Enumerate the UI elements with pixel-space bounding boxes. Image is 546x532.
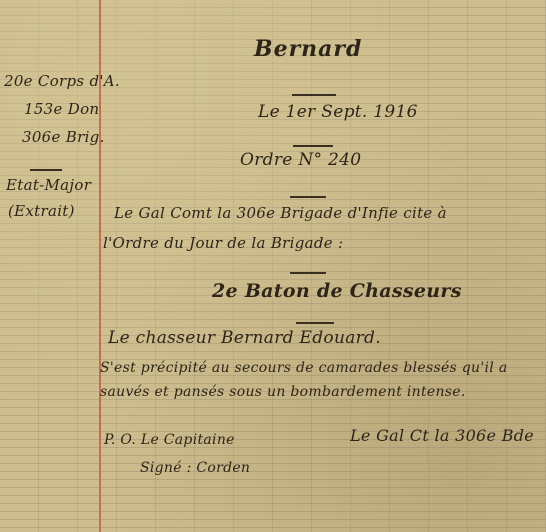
intro-overbar xyxy=(290,196,326,198)
document-title-surname: Bernard xyxy=(254,36,362,62)
margin-brigade: 306e Brig. xyxy=(22,130,105,145)
intro-line-1: Le Gal Comt la 306e Brigade d'Infie cite… xyxy=(114,204,447,222)
citation-line-1: S'est précipité au secours de camarades … xyxy=(100,360,507,376)
document-date: Le 1er Sept. 1916 xyxy=(258,102,418,122)
order-overbar xyxy=(293,145,333,147)
order-number: Ordre N° 240 xyxy=(240,150,361,170)
signature-left-name: Signé : Corden xyxy=(140,460,250,476)
unit-name: 2e Baton de Chasseurs xyxy=(212,280,462,302)
margin-corps: 20e Corps d'A. xyxy=(4,74,120,89)
date-overbar xyxy=(292,94,336,96)
margin-extrait: (Extrait) xyxy=(8,204,75,219)
ruled-paper-page: 20e Corps d'A. 153e Don 306e Brig. Etat-… xyxy=(0,0,546,532)
margin-division: 153e Don xyxy=(24,102,99,117)
unit-overbar xyxy=(290,272,326,274)
signature-right: Le Gal Ct la 306e Bde xyxy=(350,426,534,445)
intro-line-2: l'Ordre du Jour de la Brigade : xyxy=(103,234,343,252)
soldier-overbar xyxy=(296,322,334,324)
soldier-name: Le chasseur Bernard Edouard. xyxy=(108,328,381,348)
margin-etat-major: Etat-Major xyxy=(6,178,91,193)
citation-line-2: sauvés et pansés sous un bombardement in… xyxy=(100,384,466,400)
margin-separator xyxy=(30,169,62,171)
signature-left-title: P. O. Le Capitaine xyxy=(104,432,235,448)
